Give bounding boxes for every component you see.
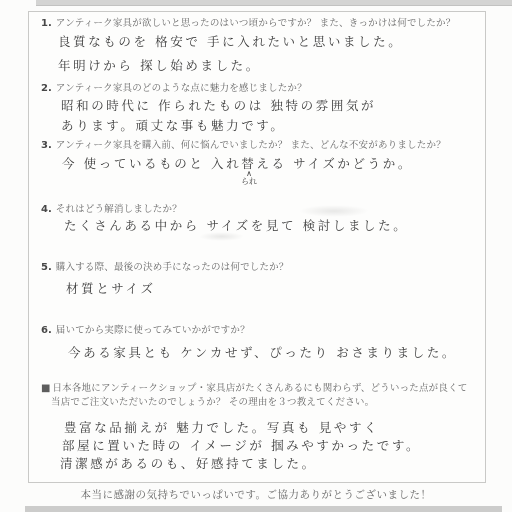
insertion-text: られ — [241, 177, 257, 186]
pencil-smudge — [299, 205, 369, 217]
handwritten-answer: 昭和の時代に 作られたものは 独特の雰囲気が — [61, 97, 376, 114]
handwritten-answer: 清潔感があるのも、好感持てました。 — [60, 455, 317, 472]
handwritten-answer: 豊富な品揃えが 魅力でした。写真も 見やすく — [64, 419, 379, 436]
handwritten-answer: 今ある家具とも ケンカせず、ぴったり おさまりました。 — [68, 344, 457, 361]
question-number: 4. — [41, 204, 52, 215]
question-text: 届いてから実際に使ってみていかがですか？ — [56, 325, 250, 337]
question-number: 3. — [41, 140, 52, 151]
question-text: 日本各地にアンティークショップ・家具店がたくさんあるにも関わらず、どういった点が… — [52, 383, 467, 395]
handwritten-answer: 部屋に置いた時の イメージが 掴みやすかったです。 — [62, 437, 421, 454]
question-1: 1. アンティーク家具が欲しいと思ったのはいつ頃からですか？ また、きっかけは何… — [41, 18, 455, 30]
question-text: アンティーク家具が欲しいと思ったのはいつ頃からですか？ また、きっかけは何でした… — [56, 18, 456, 30]
question-6: 6. 届いてから実際に使ってみていかがですか？ — [41, 325, 250, 337]
scanned-survey-page: 1. アンティーク家具が欲しいと思ったのはいつ頃からですか？ また、きっかけは何… — [0, 0, 512, 512]
question-number: 2. — [41, 83, 52, 94]
handwritten-answer: 材質とサイズ — [66, 280, 156, 297]
page-top-edge — [36, 0, 512, 6]
handwritten-answer: 今 使っているものと 入れ替える サイズかどうか。 — [62, 155, 413, 172]
final-question-line-1: ■ 日本各地にアンティークショップ・家具店がたくさんあるにも関わらず、どういった… — [41, 383, 467, 395]
question-text: それはどう解消しましたか？ — [56, 204, 182, 216]
handwritten-answer: たくさんある中から サイズを見て 検討しました。 — [64, 217, 408, 234]
thank-you-note: 本当に感謝の気持ちでいっぱいです。ご協力ありがとうございました！ — [0, 487, 512, 502]
handwritten-answer: あります。頑丈な事も魅力です。 — [61, 117, 286, 134]
question-text: アンティーク家具のどのような点に魅力を感じましたか？ — [56, 83, 307, 95]
final-question-line-2: 当店でご注文いただいたのでしょうか？ その理由を３つ教えてください。 — [51, 397, 374, 409]
question-text: 購入する際、最後の決め手になったのは何でしたか？ — [56, 262, 289, 274]
handwritten-answer: 年明けから 探し始めました。 — [58, 57, 261, 74]
page-bottom-edge — [25, 506, 502, 512]
square-bullet-icon: ■ — [41, 383, 50, 394]
insertion-mark: ∧ られ — [234, 171, 264, 186]
question-2: 2. アンティーク家具のどのような点に魅力を感じましたか？ — [41, 83, 307, 95]
question-number: 6. — [41, 325, 52, 336]
question-number: 5. — [41, 262, 52, 273]
question-3: 3. アンティーク家具を購入前、何に悩んでいましたか？ また、どんな不安がありま… — [41, 140, 446, 152]
question-5: 5. 購入する際、最後の決め手になったのは何でしたか？ — [41, 262, 289, 274]
handwritten-answer: 良質なものを 格安で 手に入れたいと思いました。 — [58, 33, 403, 50]
question-text: アンティーク家具を購入前、何に悩んでいましたか？ また、どんな不安がありましたか… — [56, 140, 446, 152]
question-4: 4. それはどう解消しましたか？ — [41, 204, 182, 216]
questionnaire-card: 1. アンティーク家具が欲しいと思ったのはいつ頃からですか？ また、きっかけは何… — [28, 11, 486, 483]
question-number: 1. — [41, 18, 52, 29]
